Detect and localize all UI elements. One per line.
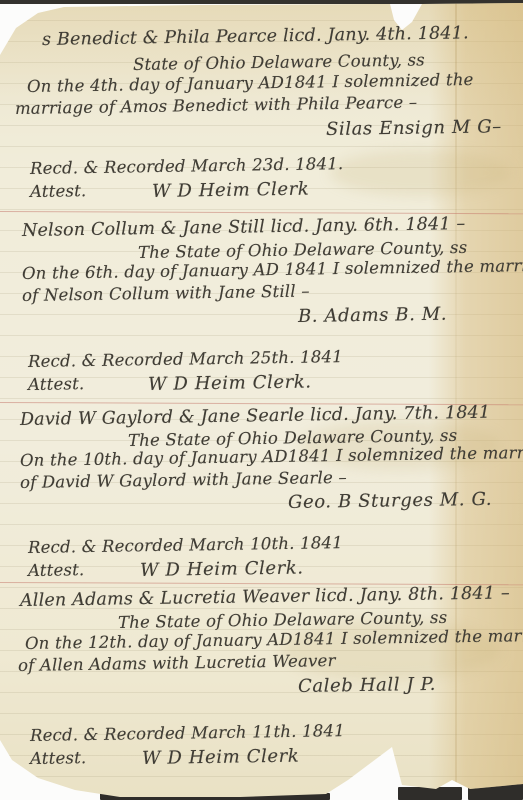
clerk-signature: W D Heim Clerk.: [140, 557, 304, 581]
officiant-signature: Silas Ensign M G–: [326, 116, 502, 140]
clerk-signature: W D Heim Clerk.: [148, 371, 312, 395]
recorded-line: Recd. & Recorded March 10th. 1841: [28, 533, 343, 557]
attest-label: Attest.: [30, 181, 87, 201]
scanned-ledger-page: s Benedict & Phila Pearce licd. Jany. 4t…: [0, 0, 523, 800]
underlying-page-mark: [398, 787, 462, 800]
solemnize-line-2: of Nelson Collum with Jane Still –: [22, 281, 310, 305]
ink-bleedthrough-smudge: [330, 150, 510, 196]
solemnize-line-2: marriage of Amos Benedict with Phila Pea…: [15, 93, 418, 118]
attest-label: Attest.: [30, 748, 87, 768]
solemnize-line-2: of Allen Adams with Lucretia Weaver: [18, 651, 336, 675]
solemnize-line-2: of David W Gaylord with Jane Searle –: [20, 468, 347, 492]
license-line: Allen Adams & Lucretia Weaver licd. Jany…: [20, 583, 510, 611]
license-line: s Benedict & Phila Pearce licd. Jany. 4t…: [42, 23, 469, 50]
attest-label: Attest.: [28, 374, 85, 394]
attest-label: Attest.: [28, 560, 85, 580]
recorded-line: Recd. & Recorded March 11th. 1841: [30, 721, 345, 745]
recorded-line: Recd. & Recorded March 25th. 1841: [28, 347, 343, 371]
clerk-signature: W D Heim Clerk: [152, 179, 310, 202]
officiant-signature: Geo. B Sturges M. G.: [288, 489, 492, 513]
clerk-signature: W D Heim Clerk: [142, 746, 300, 769]
scanner-edge-bar: [0, 0, 523, 4]
officiant-signature: Caleb Hall J P.: [298, 674, 436, 697]
torn-paper-sheet: s Benedict & Phila Pearce licd. Jany. 4t…: [0, 0, 523, 800]
license-line: Nelson Collum & Jane Still licd. Jany. 6…: [22, 214, 466, 241]
officiant-signature: B. Adams B. M.: [298, 304, 447, 327]
recorded-line: Recd. & Recorded March 23d. 1841.: [30, 154, 344, 178]
solemnize-line-1: On the 6th. day of January AD 1841 I sol…: [22, 256, 523, 283]
